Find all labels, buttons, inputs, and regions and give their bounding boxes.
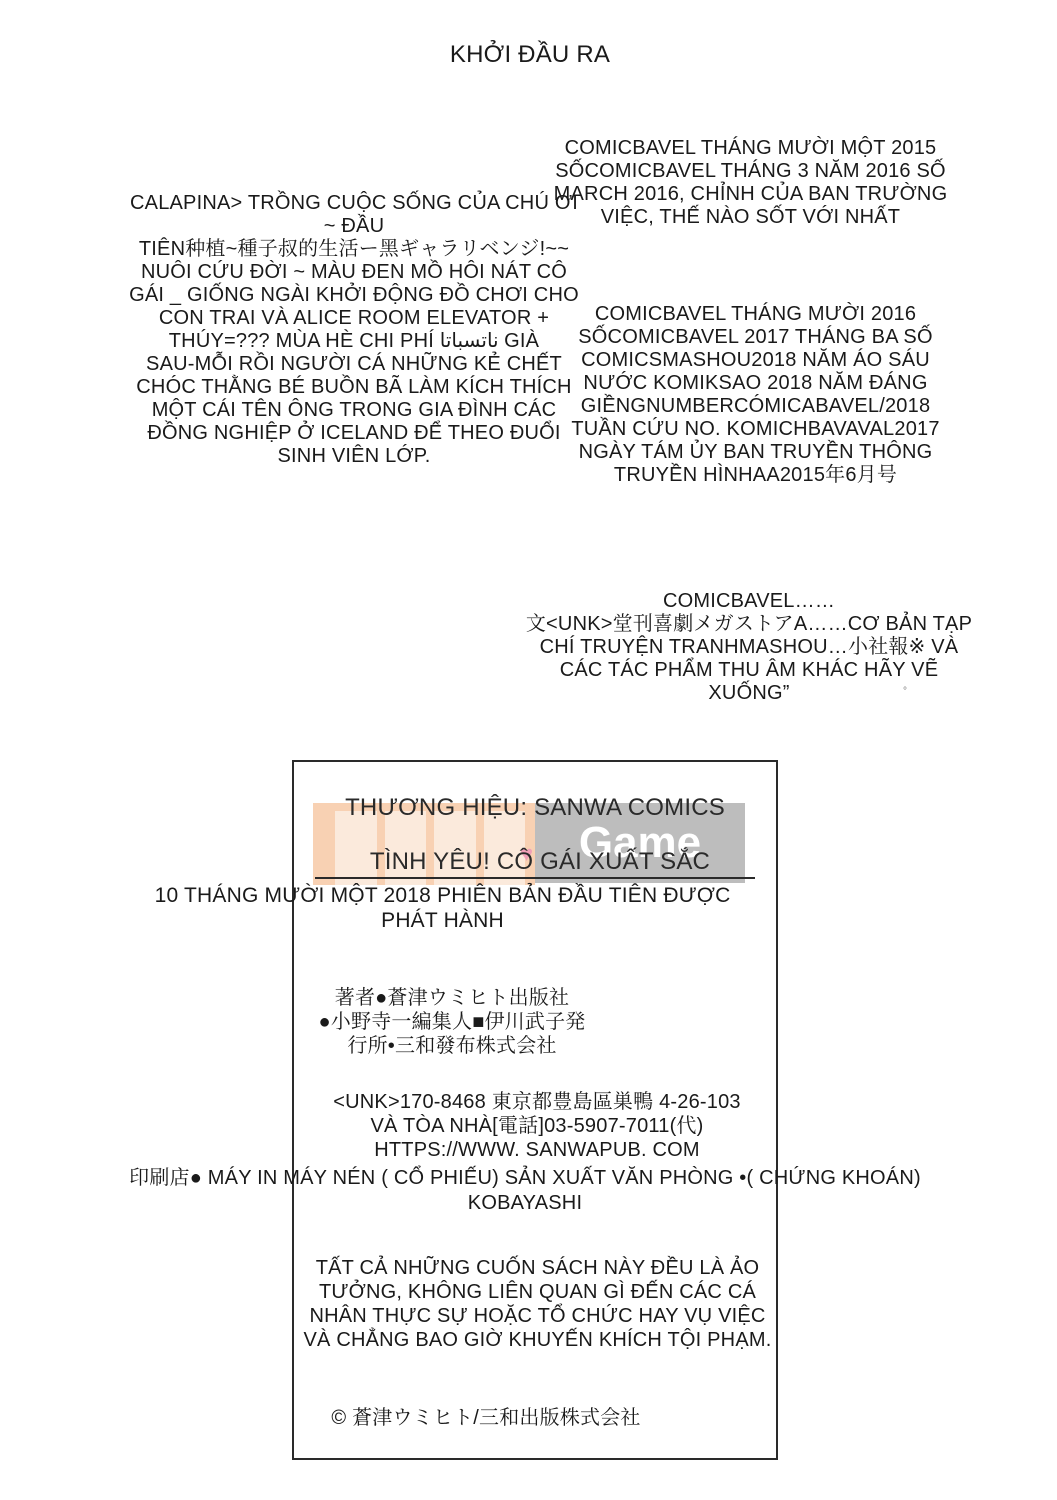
story-list-block: CALAPINA> TRỒNG CUỘC SỐNG CỦA CHÚ ƠI ~ Đ…: [96, 192, 612, 468]
magazine-history-block-3: COMICBAVEL…… 文<UNK>堂刊喜劇メガストアA……CƠ BẢN TẠ…: [490, 590, 1008, 705]
brand-label: THƯƠNG HIỆU: SANWA COMICS: [300, 793, 770, 823]
page-title: KHỞI ĐẦU RA: [380, 38, 680, 72]
title-underline: [315, 877, 755, 879]
copyright: © 蒼津ウミヒト/三和出版株式会社: [296, 1405, 676, 1431]
book-title: TÌNH YÊU! CÔ GÁI XUẤT SẮC: [300, 847, 780, 877]
magazine-history-block-2: COMICBAVEL THÁNG MƯỜI 2016 SỐCOMICBAVEL …: [548, 303, 963, 487]
stray-mark: °: [903, 686, 907, 697]
printer-info: 印刷店● MÁY IN MÁY NÉN ( CỔ PHIẾU) SẢN XUẤT…: [40, 1166, 1010, 1216]
disclaimer: TẤT CẢ NHỮNG CUỐN SÁCH NÀY ĐỀU LÀ ẢO TƯỞ…: [265, 1256, 810, 1352]
release-date: 10 THÁNG MƯỜI MỘT 2018 PHIÊN BẢN ĐẦU TIÊ…: [100, 883, 785, 933]
credits-block: 著者●蒼津ウミヒト出版社 ●小野寺一編集人■伊川武子発 行所•三和發布株式会社: [296, 986, 608, 1058]
publisher-address: <UNK>170-8468 東京都豊島區巣鴨 4-26-103 VÀ TÒA N…: [292, 1090, 782, 1162]
